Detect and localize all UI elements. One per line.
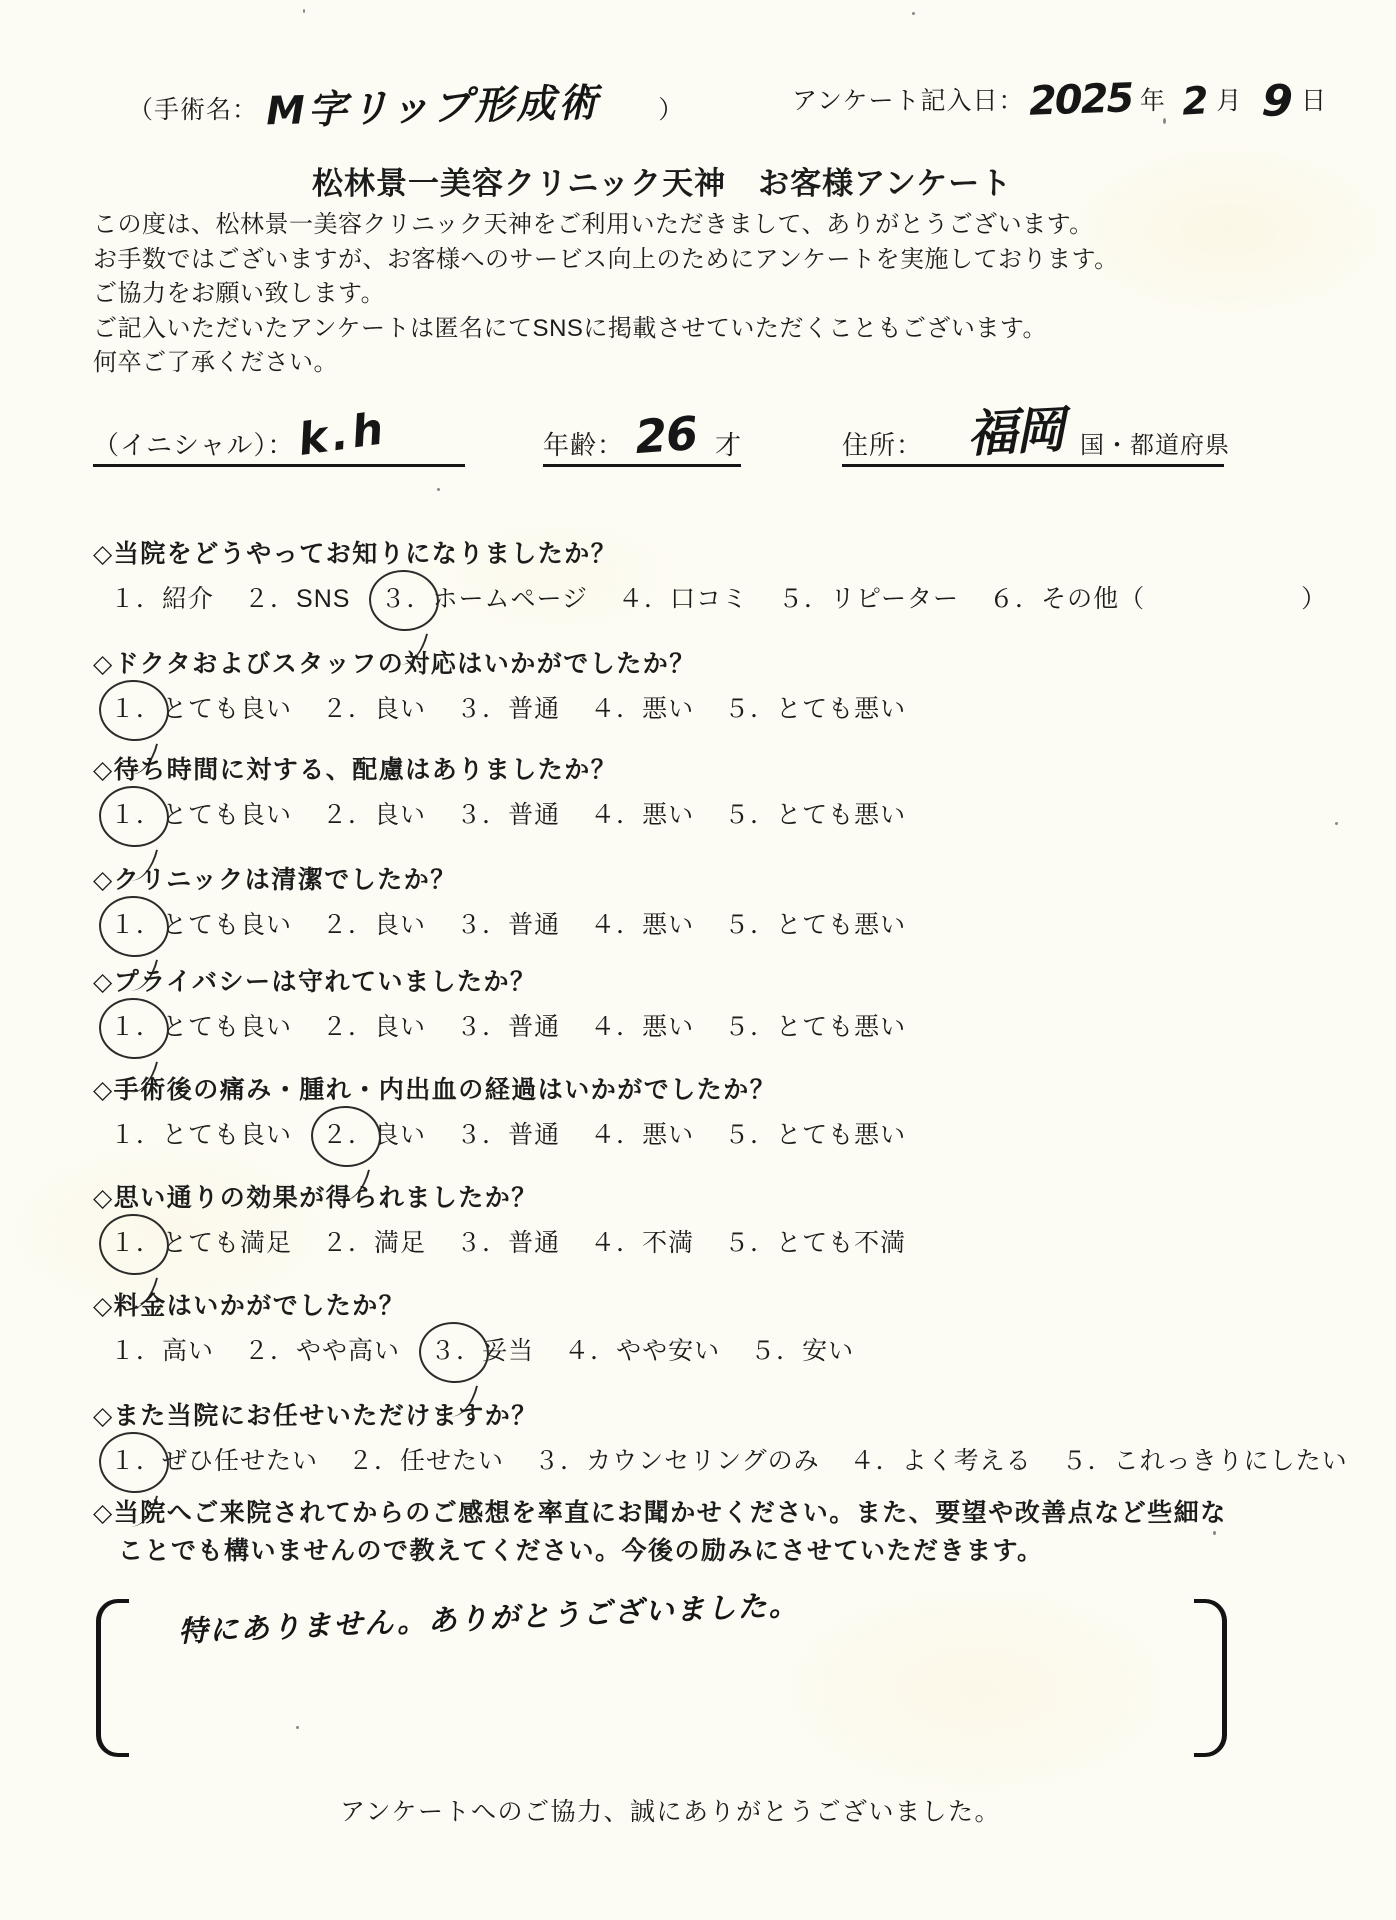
option-number: ５．: [724, 795, 776, 831]
answer-option: １．とても良い: [110, 1013, 292, 1041]
option-label: とても良い: [162, 911, 292, 939]
intro-line: この度は、松林景一美容クリニック天神をご利用いただきまして、ありがとうございます…: [93, 208, 1119, 243]
intro-line: お手数ではございますが、お客様へのサービス向上のためにアンケートを実施しておりま…: [93, 243, 1119, 278]
option-number: ２．: [244, 579, 296, 615]
option-number: ３．: [456, 795, 508, 831]
address-label: 住所：: [842, 425, 923, 462]
answer-option: ３．ホームページ: [380, 585, 588, 613]
option-label: 良い: [374, 801, 426, 829]
option-label: 高い: [162, 1337, 214, 1365]
question-prompt: ◇クリニックは清潔でしたか？: [93, 866, 936, 894]
answer-option: ３．普通: [456, 1229, 560, 1257]
answer-option: ４．悪い: [590, 1013, 694, 1041]
answer-option: ５．とても悪い: [724, 801, 906, 829]
option-number: ５．: [750, 1331, 802, 1367]
question-block: ◇思い通りの効果が得られましたか？１．とても満足２．満足３．普通４．不満５．とて…: [93, 1184, 936, 1259]
survey-date-line: アンケート記入日： 2025 年 2 月 9 日: [792, 76, 1327, 117]
answer-option: ２．SNS: [244, 585, 350, 613]
free-comment-question: ◇当院へご来院されてからのご感想を率直にお聞かせください。また、要望や改善点など…: [93, 1494, 1227, 1570]
answer-option: ５．とても不満: [724, 1229, 906, 1257]
question-block: ◇クリニックは清潔でしたか？１．とても良い２．良い３．普通４．悪い５．とても悪い: [93, 866, 936, 941]
selected-answer-circle: １．: [110, 1223, 162, 1259]
initial-field: （イニシャル）： k.h: [93, 420, 465, 467]
option-label: とても良い: [162, 1121, 292, 1149]
option-label: その他（ ）: [1041, 585, 1327, 613]
option-label: 悪い: [642, 801, 694, 829]
scan-speck: [303, 9, 305, 13]
option-label: 良い: [374, 911, 426, 939]
date-day-unit: 日: [1301, 81, 1327, 117]
option-number: ４．: [590, 1007, 642, 1043]
option-number: ５．: [778, 579, 830, 615]
option-number: ２．: [322, 905, 374, 941]
selected-answer-circle: ２．: [322, 1115, 374, 1151]
answer-option: ４．よく考える: [850, 1447, 1032, 1475]
question-options: １．とても良い２．良い３．普通４．悪い５．とても悪い: [93, 795, 936, 831]
option-label: 妥当: [482, 1337, 534, 1365]
address-handwritten: 福岡: [965, 390, 1065, 467]
option-label: 良い: [374, 1013, 426, 1041]
answer-option: ４．口コミ: [618, 585, 748, 613]
option-label: 悪い: [642, 1013, 694, 1041]
option-number: ３．: [534, 1441, 586, 1477]
answer-option: １．とても良い: [110, 695, 292, 723]
option-number: ４．: [590, 689, 642, 725]
answer-option: ５．リピーター: [778, 585, 959, 613]
question-block: ◇当院をどうやってお知りになりましたか？１．紹介２．SNS３．ホームページ４．口…: [93, 540, 1357, 615]
survey-scan-page: （手術名： M字リップ形成術 ） アンケート記入日： 2025 年 2 月 9 …: [0, 0, 1396, 1920]
option-label: とても良い: [162, 695, 292, 723]
intro-line: ご記入いただいたアンケートは匿名にてSNSに掲載させていただくこともございます。: [93, 312, 1119, 347]
answer-option: ５．とても悪い: [724, 695, 906, 723]
free-comment-prompt-line1: ◇当院へご来院されてからのご感想を率直にお聞かせください。また、要望や改善点など…: [93, 1494, 1227, 1532]
question-options: １．とても満足２．満足３．普通４．不満５．とても不満: [93, 1223, 936, 1259]
answer-option: ３．妥当: [430, 1337, 534, 1365]
option-label: 悪い: [642, 1121, 694, 1149]
option-number: ４．: [590, 1223, 642, 1259]
option-number: ６．: [989, 579, 1041, 615]
option-label: よく考える: [902, 1447, 1032, 1475]
answer-option: ３．普通: [456, 911, 560, 939]
intro-paragraph: この度は、松林景一美容クリニック天神をご利用いただきまして、ありがとうございます…: [93, 208, 1119, 381]
age-suffix: 才: [715, 425, 741, 462]
option-label: 普通: [508, 695, 560, 723]
question-options: １．とても良い２．良い３．普通４．悪い５．とても悪い: [93, 905, 936, 941]
surgery-name-line: （手術名： M字リップ形成術 ）: [128, 76, 684, 126]
address-suffix: 国・都道府県: [1080, 425, 1230, 460]
option-number: ５．: [1062, 1441, 1114, 1477]
option-number: ２．: [322, 1007, 374, 1043]
option-label: とても良い: [162, 1013, 292, 1041]
option-number: ４．: [564, 1331, 616, 1367]
option-number: ２．: [322, 689, 374, 725]
answer-option: ４．悪い: [590, 1121, 694, 1149]
option-label: とても悪い: [776, 695, 906, 723]
age-handwritten: 26: [633, 406, 699, 464]
answer-option: ３．普通: [456, 801, 560, 829]
answer-option: ６．その他（ ）: [989, 585, 1327, 613]
question-prompt: ◇ドクタおよびスタッフの対応はいかがでしたか？: [93, 650, 936, 678]
option-label: 普通: [508, 911, 560, 939]
date-year-handwritten: 2025: [1028, 75, 1133, 125]
option-label: やや高い: [296, 1337, 400, 1365]
option-label: 良い: [374, 1121, 426, 1149]
answer-option: １．紹介: [110, 585, 214, 613]
intro-line: 何卒ご了承ください。: [93, 346, 1119, 381]
answer-option: ３．普通: [456, 695, 560, 723]
option-number: ２．: [322, 795, 374, 831]
question-options: １．ぜひ任せたい２．任せたい３．カウンセリングのみ４．よく考える５．これっきりに…: [93, 1441, 1378, 1477]
selected-answer-circle: １．: [110, 1007, 162, 1043]
scan-speck: [1213, 1531, 1216, 1535]
selected-answer-circle: １．: [110, 905, 162, 941]
free-comment-prompt-line2: ことでも構いませんので教えてください。今後の励みにさせていただきます。: [93, 1532, 1227, 1570]
answer-option: ４．不満: [590, 1229, 694, 1257]
option-number: ２．: [322, 1223, 374, 1259]
option-number: ４．: [618, 579, 670, 615]
option-number: ３．: [456, 1115, 508, 1151]
initial-label: （イニシャル）：: [93, 425, 294, 462]
question-block: ◇手術後の痛み・腫れ・内出血の経過はいかがでしたか？１．とても良い２．良い３．普…: [93, 1076, 936, 1151]
answer-option: ２．やや高い: [244, 1337, 400, 1365]
answer-option: ３．カウンセリングのみ: [534, 1447, 820, 1475]
scan-speck: [1163, 118, 1166, 124]
option-number: ３．: [456, 1223, 508, 1259]
question-block: ◇料金はいかがでしたか？１．高い２．やや高い３．妥当４．やや安い５．安い: [93, 1292, 884, 1367]
selected-answer-circle: １．: [110, 795, 162, 831]
option-label: 任せたい: [400, 1447, 504, 1475]
selected-answer-circle: ３．: [430, 1331, 482, 1367]
option-number: １．: [110, 1331, 162, 1367]
answer-option: ４．悪い: [590, 801, 694, 829]
option-label: とても不満: [776, 1229, 906, 1257]
option-label: SNS: [296, 585, 350, 613]
question-options: １．とても良い２．良い３．普通４．悪い５．とても悪い: [93, 689, 936, 725]
answer-option: ２．満足: [322, 1229, 426, 1257]
option-label: とても満足: [162, 1229, 292, 1257]
option-label: とても悪い: [776, 1013, 906, 1041]
answer-option: ２．良い: [322, 695, 426, 723]
option-label: 安い: [802, 1337, 854, 1365]
answer-option: １．ぜひ任せたい: [110, 1447, 318, 1475]
answer-option: ３．普通: [456, 1013, 560, 1041]
question-block: ◇ドクタおよびスタッフの対応はいかがでしたか？１．とても良い２．良い３．普通４．…: [93, 650, 936, 725]
option-label: とても悪い: [776, 911, 906, 939]
answer-option: １．とても良い: [110, 801, 292, 829]
answer-option: １．とても良い: [110, 911, 292, 939]
option-label: 満足: [374, 1229, 426, 1257]
option-number: ３．: [456, 1007, 508, 1043]
comment-bracket-right: [1194, 1599, 1227, 1757]
option-number: ５．: [724, 1007, 776, 1043]
answer-option: ３．普通: [456, 1121, 560, 1149]
date-month-unit: 月: [1216, 81, 1242, 117]
answer-option: １．とても満足: [110, 1229, 292, 1257]
answer-option: ２．良い: [322, 1013, 426, 1041]
option-number: ２．: [348, 1441, 400, 1477]
answer-option: ２．良い: [322, 911, 426, 939]
answer-option: ５．とても悪い: [724, 1013, 906, 1041]
scan-speck: [296, 1726, 299, 1729]
option-label: リピーター: [830, 585, 959, 613]
option-label: ぜひ任せたい: [162, 1447, 318, 1475]
answer-option: ５．これっきりにしたい: [1062, 1447, 1348, 1475]
option-number: ４．: [590, 905, 642, 941]
address-field: 住所： 福岡 国・都道府県: [842, 420, 1224, 467]
option-number: １．: [110, 1115, 162, 1151]
option-label: 紹介: [162, 585, 214, 613]
option-label: 不満: [642, 1229, 694, 1257]
option-number: ５．: [724, 1115, 776, 1151]
age-field: 年齢： 26 才: [543, 420, 741, 467]
option-number: １．: [110, 579, 162, 615]
option-number: ４．: [590, 1115, 642, 1151]
option-label: 普通: [508, 1013, 560, 1041]
option-number: ５．: [724, 1223, 776, 1259]
question-block: ◇プライバシーは守れていましたか？１．とても良い２．良い３．普通４．悪い５．とて…: [93, 968, 936, 1043]
option-label: 良い: [374, 695, 426, 723]
question-prompt: ◇待ち時間に対する、配慮はありましたか？: [93, 756, 936, 784]
comment-handwritten: 特にありません。ありがとうございました。: [177, 1582, 800, 1650]
answer-option: ４．悪い: [590, 911, 694, 939]
option-label: とても悪い: [776, 801, 906, 829]
question-prompt: ◇当院をどうやってお知りになりましたか？: [93, 540, 1357, 568]
option-number: ５．: [724, 905, 776, 941]
option-label: 口コミ: [670, 585, 748, 613]
option-label: カウンセリングのみ: [586, 1447, 820, 1475]
answer-option: ４．やや安い: [564, 1337, 720, 1365]
date-month-handwritten: 2: [1181, 78, 1210, 123]
footer-thanks: アンケートへのご協力、誠にありがとうございました。: [340, 1792, 1001, 1828]
question-prompt: ◇思い通りの効果が得られましたか？: [93, 1184, 936, 1212]
option-label: これっきりにしたい: [1114, 1447, 1348, 1475]
surgery-label-open: （手術名：: [128, 90, 258, 126]
date-label: アンケート記入日：: [792, 81, 1025, 117]
option-label: 悪い: [642, 911, 694, 939]
answer-option: ２．良い: [322, 1121, 426, 1149]
initial-handwritten: k.h: [295, 403, 391, 466]
question-options: １．高い２．やや高い３．妥当４．やや安い５．安い: [93, 1331, 884, 1367]
option-number: ２．: [244, 1331, 296, 1367]
selected-answer-circle: １．: [110, 1441, 162, 1477]
selected-answer-circle: １．: [110, 689, 162, 725]
option-label: 普通: [508, 1229, 560, 1257]
scan-speck: [912, 12, 915, 15]
surgery-label-close: ）: [658, 90, 684, 126]
question-prompt: ◇また当院にお任せいただけますか？: [93, 1402, 1378, 1430]
option-label: 普通: [508, 801, 560, 829]
option-number: ３．: [456, 689, 508, 725]
option-number: ３．: [456, 905, 508, 941]
option-label: ホームページ: [432, 585, 588, 613]
question-block: ◇待ち時間に対する、配慮はありましたか？１．とても良い２．良い３．普通４．悪い５…: [93, 756, 936, 831]
date-day-handwritten: 9: [1261, 75, 1295, 128]
answer-option: ５．とても悪い: [724, 911, 906, 939]
surgery-name-handwritten: M字リップ形成術: [265, 72, 601, 137]
comment-bracket-left: [96, 1599, 129, 1757]
option-label: とても悪い: [776, 1121, 906, 1149]
scan-speck: [437, 488, 440, 491]
question-options: １．とても良い２．良い３．普通４．悪い５．とても悪い: [93, 1007, 936, 1043]
question-prompt: ◇料金はいかがでしたか？: [93, 1292, 884, 1320]
option-number: ５．: [724, 689, 776, 725]
option-number: ４．: [590, 795, 642, 831]
answer-option: ２．任せたい: [348, 1447, 504, 1475]
question-block: ◇また当院にお任せいただけますか？１．ぜひ任せたい２．任せたい３．カウンセリング…: [93, 1402, 1378, 1477]
answer-option: ５．安い: [750, 1337, 854, 1365]
option-label: 普通: [508, 1121, 560, 1149]
question-options: １．とても良い２．良い３．普通４．悪い５．とても悪い: [93, 1115, 936, 1151]
question-prompt: ◇手術後の痛み・腫れ・内出血の経過はいかがでしたか？: [93, 1076, 936, 1104]
question-options: １．紹介２．SNS３．ホームページ４．口コミ５．リピーター６．その他（ ）: [93, 579, 1357, 615]
option-number: ４．: [850, 1441, 902, 1477]
date-year-unit: 年: [1140, 81, 1166, 117]
answer-option: １．とても良い: [110, 1121, 292, 1149]
scan-speck: [1335, 822, 1338, 825]
page-title: 松林景一美容クリニック天神 お客様アンケート: [312, 158, 1012, 203]
option-label: やや安い: [616, 1337, 720, 1365]
option-label: とても良い: [162, 801, 292, 829]
intro-line: ご協力をお願い致します。: [93, 277, 1119, 312]
answer-option: １．高い: [110, 1337, 214, 1365]
selected-answer-circle: ３．: [380, 579, 432, 615]
question-prompt: ◇プライバシーは守れていましたか？: [93, 968, 936, 996]
answer-option: ４．悪い: [590, 695, 694, 723]
answer-option: ５．とても悪い: [724, 1121, 906, 1149]
option-label: 悪い: [642, 695, 694, 723]
age-label: 年齢：: [543, 425, 624, 462]
answer-option: ２．良い: [322, 801, 426, 829]
